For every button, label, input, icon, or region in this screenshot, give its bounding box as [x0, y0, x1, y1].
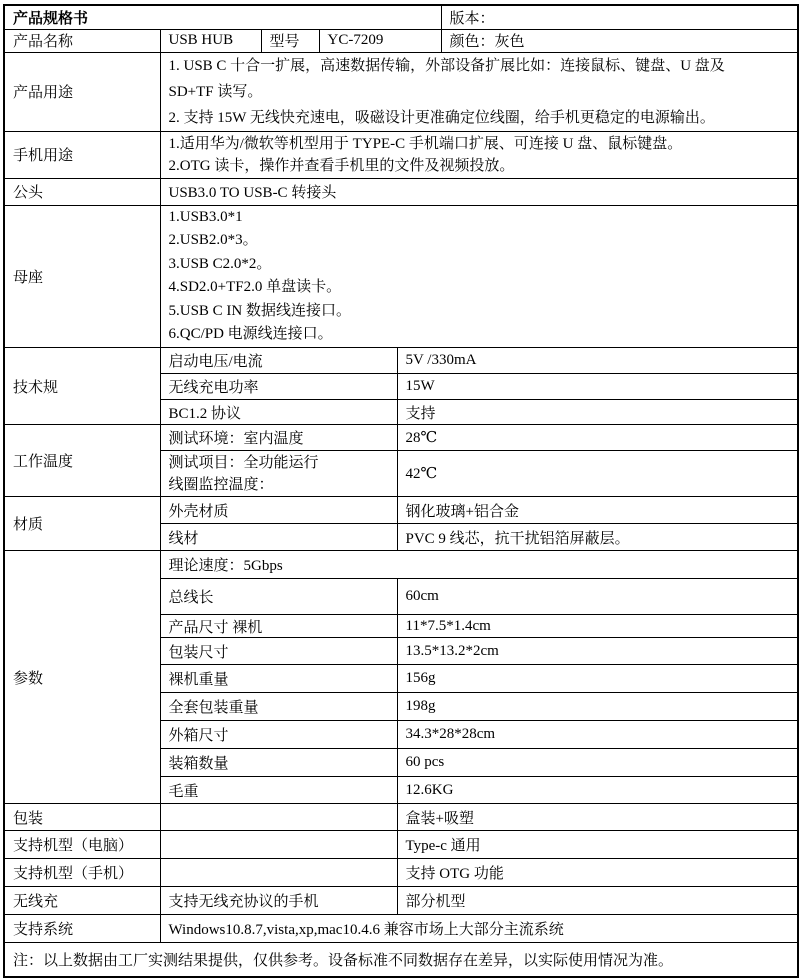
female-ports-line: 6.QC/PD 电源线连接口。 — [169, 323, 790, 347]
param-value: 198g — [397, 693, 798, 721]
row-phone-usage: 手机用途 1.适用华为/微软等机型用于 TYPE-C 手机端口扩展、可连接 U … — [4, 131, 798, 178]
female-ports-text: 1.USB3.0*1 2.USB2.0*3。 3.USB C2.0*2。 4.S… — [160, 205, 798, 348]
param-value: 60 pcs — [397, 749, 798, 777]
female-ports-line: 1.USB3.0*1 — [169, 206, 790, 230]
params-label: 参数 — [4, 551, 160, 804]
phone-usage-text: 1.适用华为/微软等机型用于 TYPE-C 手机端口扩展、可连接 U 盘、鼠标键… — [160, 131, 798, 178]
usage-label: 产品用途 — [4, 52, 160, 131]
support-pc-value: Type-c 通用 — [397, 831, 798, 859]
os-label: 支持系统 — [4, 915, 160, 943]
usage-text: 1. USB C 十合一扩展，高速数据传输，外部设备扩展比如：连接鼠标、键盘、U… — [160, 52, 798, 131]
row-product-name: 产品名称 USB HUB 型号 YC-7209 颜色：灰色 — [4, 29, 798, 52]
packing-empty-cell — [160, 804, 397, 831]
param-value: 13.5*13.2*2cm — [397, 638, 798, 665]
female-ports-line: 3.USB C2.0*2。 — [169, 253, 790, 277]
row-support-phone: 支持机型（手机） 支持 OTG 功能 — [4, 859, 798, 887]
version-label: 版本： — [441, 5, 798, 29]
work-temp-name-line: 测试项目：全功能运行 — [169, 452, 389, 474]
row-note: 注：以上数据由工厂实测结果提供，仅供参考。设备标准不同数据存在差异，以实际使用情… — [4, 943, 798, 977]
work-temp-name: 测试环境：室内温度 — [160, 425, 397, 451]
row-tech-spec-1: 技术规 启动电压/电流 5V /330mA — [4, 348, 798, 374]
note-text: 注：以上数据由工厂实测结果提供，仅供参考。设备标准不同数据存在差异，以实际使用情… — [4, 943, 798, 977]
param-name: 裸机重量 — [160, 665, 397, 693]
tech-spec-value: 支持 — [397, 400, 798, 425]
row-params-speed: 参数 理论速度：5Gbps — [4, 551, 798, 579]
tech-spec-value: 15W — [397, 374, 798, 400]
male-connector-value: USB3.0 TO USB-C 转接头 — [160, 178, 798, 205]
packing-value: 盒装+吸塑 — [397, 804, 798, 831]
param-name: 全套包装重量 — [160, 693, 397, 721]
tech-spec-label: 技术规 — [4, 348, 160, 425]
model-label: 型号 — [261, 29, 319, 52]
tech-spec-name: BC1.2 协议 — [160, 400, 397, 425]
product-name-value: USB HUB — [160, 29, 261, 52]
param-value: 11*7.5*1.4cm — [397, 615, 798, 638]
work-temp-name: 测试项目：全功能运行 线圈监控温度： — [160, 451, 397, 497]
work-temp-value: 42℃ — [397, 451, 798, 497]
row-packing: 包装 盒装+吸塑 — [4, 804, 798, 831]
work-temp-value: 28℃ — [397, 425, 798, 451]
os-value: Windows10.8.7,vista,xp,mac10.4.6 兼容市场上大部… — [160, 915, 798, 943]
param-name: 毛重 — [160, 777, 397, 804]
tech-spec-value: 5V /330mA — [397, 348, 798, 374]
usage-line: SD+TF 读写。 — [169, 79, 790, 105]
param-value: 12.6KG — [397, 777, 798, 804]
param-name: 产品尺寸 裸机 — [160, 615, 397, 638]
female-ports-label: 母座 — [4, 205, 160, 348]
row-usage: 产品用途 1. USB C 十合一扩展，高速数据传输，外部设备扩展比如：连接鼠标… — [4, 52, 798, 131]
usage-line: 2. 支持 15W 无线快充速电，吸磁设计更准确定位线圈，给手机更稳定的电源输出… — [169, 105, 790, 131]
param-value: 60cm — [397, 579, 798, 615]
packing-label: 包装 — [4, 804, 160, 831]
tech-spec-name: 无线充电功率 — [160, 374, 397, 400]
row-support-pc: 支持机型（电脑） Type-c 通用 — [4, 831, 798, 859]
param-value: 156g — [397, 665, 798, 693]
material-value: PVC 9 线芯，抗干扰铝箔屏蔽层。 — [397, 524, 798, 551]
support-phone-empty-cell — [160, 859, 397, 887]
female-ports-line: 2.USB2.0*3。 — [169, 229, 790, 253]
param-name: 总线长 — [160, 579, 397, 615]
work-temp-name-line: 线圈监控温度： — [169, 474, 389, 496]
tech-spec-name: 启动电压/电流 — [160, 348, 397, 374]
work-temp-label: 工作温度 — [4, 425, 160, 497]
row-wireless: 无线充 支持无线充协议的手机 部分机型 — [4, 887, 798, 915]
row-os: 支持系统 Windows10.8.7,vista,xp,mac10.4.6 兼容… — [4, 915, 798, 943]
color-value: 颜色：灰色 — [441, 29, 798, 52]
wireless-middle: 支持无线充协议的手机 — [160, 887, 397, 915]
product-spec-table: 产品规格书 版本： 产品名称 USB HUB 型号 YC-7209 颜色：灰色 … — [3, 4, 799, 978]
param-name: 外箱尺寸 — [160, 721, 397, 749]
row-male-connector: 公头 USB3.0 TO USB-C 转接头 — [4, 178, 798, 205]
male-connector-label: 公头 — [4, 178, 160, 205]
product-name-label: 产品名称 — [4, 29, 160, 52]
support-pc-empty-cell — [160, 831, 397, 859]
material-label: 材质 — [4, 497, 160, 551]
row-female-ports: 母座 1.USB3.0*1 2.USB2.0*3。 3.USB C2.0*2。 … — [4, 205, 798, 348]
female-ports-line: 4.SD2.0+TF2.0 单盘读卡。 — [169, 276, 790, 300]
param-name: 包装尺寸 — [160, 638, 397, 665]
params-speed-note: 理论速度：5Gbps — [160, 551, 798, 579]
material-value: 钢化玻璃+铝合金 — [397, 497, 798, 524]
material-name: 线材 — [160, 524, 397, 551]
material-name: 外壳材质 — [160, 497, 397, 524]
support-pc-label: 支持机型（电脑） — [4, 831, 160, 859]
phone-usage-label: 手机用途 — [4, 131, 160, 178]
model-value: YC-7209 — [319, 29, 441, 52]
wireless-label: 无线充 — [4, 887, 160, 915]
female-ports-line: 5.USB C IN 数据线连接口。 — [169, 300, 790, 324]
phone-usage-line: 2.OTG 读卡，操作并查看手机里的文件及视频投放。 — [169, 155, 790, 177]
param-value: 34.3*28*28cm — [397, 721, 798, 749]
support-phone-value: 支持 OTG 功能 — [397, 859, 798, 887]
support-phone-label: 支持机型（手机） — [4, 859, 160, 887]
phone-usage-line: 1.适用华为/微软等机型用于 TYPE-C 手机端口扩展、可连接 U 盘、鼠标键… — [169, 133, 790, 155]
row-material-1: 材质 外壳材质 钢化玻璃+铝合金 — [4, 497, 798, 524]
usage-line: 1. USB C 十合一扩展，高速数据传输，外部设备扩展比如：连接鼠标、键盘、U… — [169, 53, 790, 79]
row-title: 产品规格书 版本： — [4, 5, 798, 29]
param-name: 装箱数量 — [160, 749, 397, 777]
wireless-value: 部分机型 — [397, 887, 798, 915]
doc-title: 产品规格书 — [4, 5, 441, 29]
row-work-temp-1: 工作温度 测试环境：室内温度 28℃ — [4, 425, 798, 451]
